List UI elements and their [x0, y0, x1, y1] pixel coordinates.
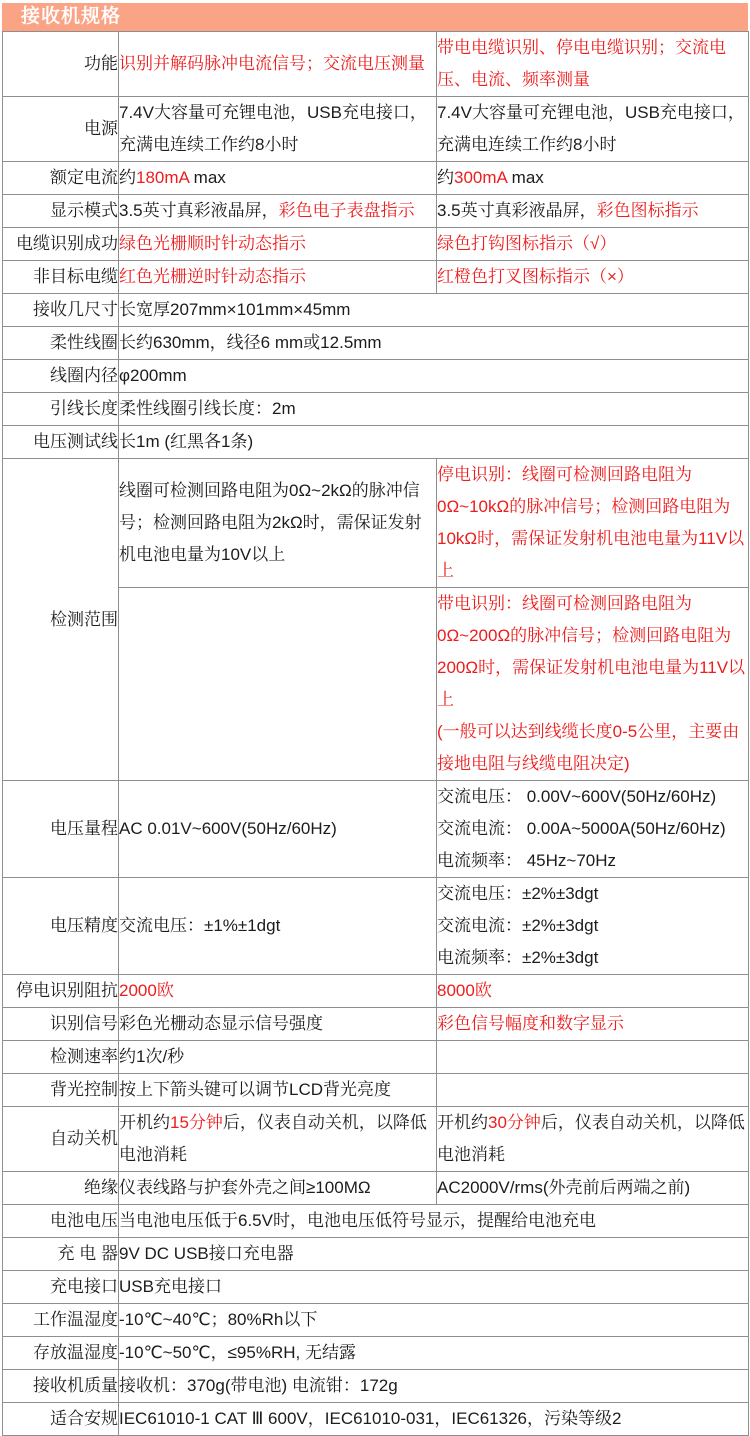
spec-value-text: 交流电压：±2%±3dgt — [437, 884, 598, 903]
spec-row: 功能识别并解码脉冲电流信号；交流电压测量带电电缆识别、停电电缆识别；交流电压、电… — [3, 32, 749, 97]
spec-value-cell: 开机约30分钟后，仪表自动关机，以降低电池消耗 — [437, 1107, 749, 1172]
spec-value-line: 长约630mm，线径6 mm或12.5mm — [119, 327, 748, 359]
spec-value-line: 长1m (红黑各1条) — [119, 426, 748, 458]
spec-value-cell: -10℃~50℃，≤95%RH, 无结露 — [119, 1337, 749, 1370]
spec-value-cell: 仪表线路与护套外壳之间≥100MΩ — [119, 1172, 437, 1205]
spec-value-text: 7.4V大容量可充锂电池，USB充电接口，充满电连续工作约8小时 — [437, 103, 745, 154]
spec-row: 显示模式3.5英寸真彩液晶屏，彩色电子表盘指示3.5英寸真彩液晶屏，彩色图标指示 — [3, 195, 749, 228]
spec-value-text: 彩色电子表盘指示 — [279, 201, 415, 220]
spec-value-text: 当电池电压低于6.5V时，电池电压低符号显示，提醒给电池充电 — [119, 1211, 596, 1230]
spec-value-line: 红橙色打叉图标指示（×） — [437, 261, 748, 293]
spec-value-cell: 识别并解码脉冲电流信号；交流电压测量 — [119, 32, 437, 97]
spec-value-text: (一般可以达到线缆长度0-5公里，主要由接地电阻与线缆电阻决定) — [437, 722, 739, 773]
spec-value-line: 9V DC USB接口充电器 — [119, 1238, 748, 1270]
spec-row: 接收几尺寸长宽厚207mm×101mm×45mm — [3, 294, 749, 327]
spec-row-label: 适合安规 — [3, 1403, 119, 1436]
spec-value-line: 当电池电压低于6.5V时，电池电压低符号显示，提醒给电池充电 — [119, 1205, 748, 1237]
spec-value-line: φ200mm — [119, 360, 748, 392]
spec-value-cell: 停电识别：线圈可检测回路电阻为0Ω~10kΩ的脉冲信号；检测回路电阻为10kΩ时… — [437, 459, 749, 588]
spec-value-line: 8000欧 — [437, 975, 748, 1007]
spec-value-line: 彩色光栅动态显示信号强度 — [119, 1008, 436, 1040]
spec-value-line: 带电电缆识别、停电电缆识别；交流电压、电流、频率测量 — [437, 32, 748, 96]
spec-value-cell: 7.4V大容量可充锂电池，USB充电接口，充满电连续工作约8小时 — [437, 97, 749, 162]
spec-value-cell: 2000欧 — [119, 975, 437, 1008]
spec-row: 识别信号彩色光栅动态显示信号强度彩色信号幅度和数字显示 — [3, 1008, 749, 1041]
spec-row-label: 非目标电缆 — [3, 261, 119, 294]
spec-value-line: 接收机：370g(带电池) 电流钳：172g — [119, 1370, 748, 1402]
spec-row-label: 引线长度 — [3, 393, 119, 426]
spec-value-cell: 开机约15分钟后，仪表自动关机，以降低电池消耗 — [119, 1107, 437, 1172]
spec-row-label: 显示模式 — [3, 195, 119, 228]
spec-value-text: 15分钟 — [170, 1113, 223, 1132]
spec-value-text: 彩色图标指示 — [597, 201, 699, 220]
spec-value-text: 长宽厚207mm×101mm×45mm — [119, 300, 350, 319]
spec-value-text: 开机约 — [119, 1113, 170, 1132]
spec-value-line: 带电识别：线圈可检测回路电阻为0Ω~200Ω的脉冲信号；检测回路电阻为200Ω时… — [437, 588, 748, 716]
spec-value-line: IEC61010-1 CAT Ⅲ 600V，IEC61010-031，IEC61… — [119, 1403, 748, 1435]
spec-value-text: 3.5英寸真彩液晶屏， — [119, 201, 279, 220]
spec-row-label: 工作温湿度 — [3, 1304, 119, 1337]
spec-row-label: 线圈内径 — [3, 360, 119, 393]
spec-value-cell: 绿色光栅顺时针动态指示 — [119, 228, 437, 261]
spec-value-text: 电流频率： 45Hz~70Hz — [437, 851, 616, 870]
spec-value-text: max — [507, 168, 544, 187]
spec-value-line: 7.4V大容量可充锂电池，USB充电接口，充满电连续工作约8小时 — [437, 97, 748, 161]
spec-row: 绝缘仪表线路与护套外壳之间≥100MΩAC2000V/rms(外壳前后两端之前) — [3, 1172, 749, 1205]
spec-row-label: 接收机质量 — [3, 1370, 119, 1403]
spec-value-text: 交流电流：±2%±3dgt — [437, 916, 598, 935]
spec-value-line: 长宽厚207mm×101mm×45mm — [119, 294, 748, 326]
spec-value-cell: 线圈可检测回路电阻为0Ω~2kΩ的脉冲信号；检测回路电阻为2kΩ时，需保证发射机… — [119, 459, 437, 588]
spec-row: 电源7.4V大容量可充锂电池，USB充电接口，充满电连续工作约8小时7.4V大容… — [3, 97, 749, 162]
spec-row: 检测范围线圈可检测回路电阻为0Ω~2kΩ的脉冲信号；检测回路电阻为2kΩ时，需保… — [3, 459, 749, 588]
spec-row: 线圈内径φ200mm — [3, 360, 749, 393]
spec-row-label: 识别信号 — [3, 1008, 119, 1041]
spec-value-text: 8000欧 — [437, 981, 492, 1000]
spec-value-text: 绿色打钩图标指示（√） — [437, 234, 616, 253]
spec-value-cell: -10℃~40℃；80%Rh以下 — [119, 1304, 749, 1337]
spec-value-text: 长约630mm，线径6 mm或12.5mm — [119, 333, 382, 352]
spec-value-text: 彩色光栅动态显示信号强度 — [119, 1014, 323, 1033]
spec-value-text: 带电识别：线圈可检测回路电阻为0Ω~200Ω的脉冲信号；检测回路电阻为200Ω时… — [437, 594, 745, 709]
spec-value-text: IEC61010-1 CAT Ⅲ 600V，IEC61010-031，IEC61… — [119, 1409, 621, 1428]
spec-value-line: 绿色光栅顺时针动态指示 — [119, 228, 436, 260]
spec-row: 背光控制按上下箭头键可以调节LCD背光亮度 — [3, 1074, 749, 1107]
spec-row-label: 柔性线圈 — [3, 327, 119, 360]
spec-row-label: 存放温湿度 — [3, 1337, 119, 1370]
spec-row: 适合安规IEC61010-1 CAT Ⅲ 600V，IEC61010-031，I… — [3, 1403, 749, 1436]
spec-value-text: 交流电压：±1%±1dgt — [119, 916, 280, 935]
spec-value-line: 交流电压： 0.00V~600V(50Hz/60Hz) — [437, 781, 748, 813]
spec-value-cell: 彩色信号幅度和数字显示 — [437, 1008, 749, 1041]
spec-value-line: 线圈可检测回路电阻为0Ω~2kΩ的脉冲信号；检测回路电阻为2kΩ时，需保证发射机… — [119, 475, 436, 571]
spec-value-line: 约180mA max — [119, 162, 436, 194]
spec-value-line: 3.5英寸真彩液晶屏，彩色电子表盘指示 — [119, 195, 436, 227]
spec-value-cell: 柔性线圈引线长度：2m — [119, 393, 749, 426]
spec-value-line: 开机约15分钟后，仪表自动关机，以降低电池消耗 — [119, 1107, 436, 1171]
spec-value-text: 长1m (红黑各1条) — [119, 432, 253, 451]
spec-row-label: 电压量程 — [3, 781, 119, 878]
spec-page: 接收机规格 功能识别并解码脉冲电流信号；交流电压测量带电电缆识别、停电电缆识别；… — [0, 0, 750, 1436]
spec-value-cell: 交流电压： 0.00V~600V(50Hz/60Hz)交流电流： 0.00A~5… — [437, 781, 749, 878]
spec-row: 电压精度交流电压：±1%±1dgt交流电压：±2%±3dgt交流电流：±2%±3… — [3, 878, 749, 975]
spec-value-text: 线圈可检测回路电阻为0Ω~2kΩ的脉冲信号；检测回路电阻为2kΩ时，需保证发射机… — [119, 481, 422, 564]
spec-value-line: 电流频率： 45Hz~70Hz — [437, 845, 748, 877]
spec-row-label: 充 电 器 — [3, 1238, 119, 1271]
spec-value-cell: 长宽厚207mm×101mm×45mm — [119, 294, 749, 327]
spec-value-line: 识别并解码脉冲电流信号；交流电压测量 — [119, 48, 436, 80]
spec-row: 电池电压当电池电压低于6.5V时，电池电压低符号显示，提醒给电池充电 — [3, 1205, 749, 1238]
spec-value-line: 开机约30分钟后，仪表自动关机，以降低电池消耗 — [437, 1107, 748, 1171]
spec-row-label: 电源 — [3, 97, 119, 162]
spec-value-cell: 按上下箭头键可以调节LCD背光亮度 — [119, 1074, 437, 1107]
spec-row: 存放温湿度-10℃~50℃，≤95%RH, 无结露 — [3, 1337, 749, 1370]
spec-value-text: 180mA — [136, 168, 189, 187]
spec-value-cell — [437, 1074, 749, 1107]
spec-value-line: 彩色信号幅度和数字显示 — [437, 1008, 748, 1040]
spec-value-line: AC2000V/rms(外壳前后两端之前) — [437, 1172, 748, 1204]
spec-row-label: 背光控制 — [3, 1074, 119, 1107]
spec-value-line: 7.4V大容量可充锂电池，USB充电接口，充满电连续工作约8小时 — [119, 97, 436, 161]
spec-value-line: 约300mA max — [437, 162, 748, 194]
spec-value-line: 交流电流：±2%±3dgt — [437, 910, 748, 942]
spec-value-text: 按上下箭头键可以调节LCD背光亮度 — [119, 1080, 391, 1099]
spec-row-label: 接收几尺寸 — [3, 294, 119, 327]
spec-value-cell: AC2000V/rms(外壳前后两端之前) — [437, 1172, 749, 1205]
spec-value-cell — [437, 1041, 749, 1074]
spec-value-cell: 约1次/秒 — [119, 1041, 437, 1074]
spec-row-label: 自动关机 — [3, 1107, 119, 1172]
spec-value-text: 约 — [119, 168, 136, 187]
spec-value-text: AC 0.01V~600V(50Hz/60Hz) — [119, 819, 337, 838]
spec-row: 停电识别阻抗2000欧8000欧 — [3, 975, 749, 1008]
spec-value-text: 开机约 — [437, 1113, 488, 1132]
spec-value-line: 红色光栅逆时针动态指示 — [119, 261, 436, 293]
spec-value-text: 2000欧 — [119, 981, 174, 1000]
spec-row-label: 停电识别阻抗 — [3, 975, 119, 1008]
spec-value-text: 交流电流： 0.00A~5000A(50Hz/60Hz) — [437, 819, 726, 838]
spec-row-label: 绝缘 — [3, 1172, 119, 1205]
spec-value-cell: 7.4V大容量可充锂电池，USB充电接口，充满电连续工作约8小时 — [119, 97, 437, 162]
spec-value-cell: 红橙色打叉图标指示（×） — [437, 261, 749, 294]
spec-value-cell: 接收机：370g(带电池) 电流钳：172g — [119, 1370, 749, 1403]
spec-value-line: 停电识别：线圈可检测回路电阻为0Ω~10kΩ的脉冲信号；检测回路电阻为10kΩ时… — [437, 459, 748, 587]
spec-value-cell: 彩色光栅动态显示信号强度 — [119, 1008, 437, 1041]
spec-value-line: -10℃~40℃；80%Rh以下 — [119, 1304, 748, 1336]
spec-value-text: 约 — [437, 168, 454, 187]
spec-value-line: 交流电流： 0.00A~5000A(50Hz/60Hz) — [437, 813, 748, 845]
spec-row: 引线长度柔性线圈引线长度：2m — [3, 393, 749, 426]
spec-value-cell: 9V DC USB接口充电器 — [119, 1238, 749, 1271]
spec-value-cell: 红色光栅逆时针动态指示 — [119, 261, 437, 294]
spec-value-text: 红橙色打叉图标指示（×） — [437, 267, 634, 286]
spec-value-text: 9V DC USB接口充电器 — [119, 1244, 294, 1263]
spec-value-line: USB充电接口 — [119, 1271, 748, 1303]
spec-value-cell: 带电电缆识别、停电电缆识别；交流电压、电流、频率测量 — [437, 32, 749, 97]
spec-row: 充 电 器9V DC USB接口充电器 — [3, 1238, 749, 1271]
spec-row: 自动关机开机约15分钟后，仪表自动关机，以降低电池消耗开机约30分钟后，仪表自动… — [3, 1107, 749, 1172]
spec-value-text: USB充电接口 — [119, 1277, 222, 1296]
spec-value-text: -10℃~40℃；80%Rh以下 — [119, 1310, 317, 1329]
spec-value-cell: 3.5英寸真彩液晶屏，彩色电子表盘指示 — [119, 195, 437, 228]
spec-value-text: 彩色信号幅度和数字显示 — [437, 1014, 624, 1033]
spec-value-line: 约1次/秒 — [119, 1041, 436, 1073]
spec-value-cell: AC 0.01V~600V(50Hz/60Hz) — [119, 781, 437, 878]
spec-row-label: 功能 — [3, 32, 119, 97]
section-title: 接收机规格 — [2, 3, 748, 31]
spec-value-line: -10℃~50℃，≤95%RH, 无结露 — [119, 1337, 748, 1369]
spec-value-text: max — [189, 168, 226, 187]
spec-value-line: 按上下箭头键可以调节LCD背光亮度 — [119, 1074, 436, 1106]
spec-value-cell: 长1m (红黑各1条) — [119, 426, 749, 459]
spec-value-line: 2000欧 — [119, 975, 436, 1007]
spec-value-line: AC 0.01V~600V(50Hz/60Hz) — [119, 813, 436, 845]
spec-table-body: 功能识别并解码脉冲电流信号；交流电压测量带电电缆识别、停电电缆识别；交流电压、电… — [3, 32, 749, 1436]
spec-value-text: 30分钟 — [488, 1113, 541, 1132]
spec-value-text: 停电识别：线圈可检测回路电阻为0Ω~10kΩ的脉冲信号；检测回路电阻为10kΩ时… — [437, 465, 744, 580]
spec-row: 接收机质量接收机：370g(带电池) 电流钳：172g — [3, 1370, 749, 1403]
spec-row-label: 电池电压 — [3, 1205, 119, 1238]
spec-row: 电压量程AC 0.01V~600V(50Hz/60Hz)交流电压： 0.00V~… — [3, 781, 749, 878]
spec-value-line: 交流电压：±1%±1dgt — [119, 910, 436, 942]
spec-value-text: 绿色光栅顺时针动态指示 — [119, 234, 306, 253]
spec-row: 额定电流约180mA max约300mA max — [3, 162, 749, 195]
spec-value-cell: IEC61010-1 CAT Ⅲ 600V，IEC61010-031，IEC61… — [119, 1403, 749, 1436]
spec-row-label: 检测范围 — [3, 459, 119, 781]
spec-value-text: 带电电缆识别、停电电缆识别；交流电压、电流、频率测量 — [437, 38, 726, 89]
spec-row: 电压测试线长1m (红黑各1条) — [3, 426, 749, 459]
spec-value-text: 识别并解码脉冲电流信号；交流电压测量 — [119, 54, 425, 73]
spec-value-line: 柔性线圈引线长度：2m — [119, 393, 748, 425]
spec-value-cell: 带电识别：线圈可检测回路电阻为0Ω~200Ω的脉冲信号；检测回路电阻为200Ω时… — [437, 588, 749, 781]
spec-value-text: 约1次/秒 — [119, 1047, 184, 1066]
spec-table: 功能识别并解码脉冲电流信号；交流电压测量带电电缆识别、停电电缆识别；交流电压、电… — [2, 31, 749, 1436]
spec-value-cell: 长约630mm，线径6 mm或12.5mm — [119, 327, 749, 360]
spec-row-label: 电压测试线 — [3, 426, 119, 459]
spec-row: 充电接口USB充电接口 — [3, 1271, 749, 1304]
spec-value-cell: 3.5英寸真彩液晶屏，彩色图标指示 — [437, 195, 749, 228]
spec-value-text: 柔性线圈引线长度：2m — [119, 399, 296, 418]
spec-row: 柔性线圈长约630mm，线径6 mm或12.5mm — [3, 327, 749, 360]
spec-value-cell: φ200mm — [119, 360, 749, 393]
spec-value-cell: 约300mA max — [437, 162, 749, 195]
spec-value-cell: 8000欧 — [437, 975, 749, 1008]
spec-row-label: 检测速率 — [3, 1041, 119, 1074]
spec-value-line: (一般可以达到线缆长度0-5公里，主要由接地电阻与线缆电阻决定) — [437, 716, 748, 780]
spec-value-cell: 当电池电压低于6.5V时，电池电压低符号显示，提醒给电池充电 — [119, 1205, 749, 1238]
spec-value-text: 红色光栅逆时针动态指示 — [119, 267, 306, 286]
spec-row-label: 电压精度 — [3, 878, 119, 975]
spec-value-text: 接收机：370g(带电池) 电流钳：172g — [119, 1376, 398, 1395]
spec-row: 非目标电缆红色光栅逆时针动态指示红橙色打叉图标指示（×） — [3, 261, 749, 294]
spec-value-text: 3.5英寸真彩液晶屏， — [437, 201, 597, 220]
spec-row: 工作温湿度-10℃~40℃；80%Rh以下 — [3, 1304, 749, 1337]
spec-value-text: 电流频率：±2%±3dgt — [437, 948, 598, 967]
spec-value-text: 仪表线路与护套外壳之间≥100MΩ — [119, 1178, 371, 1197]
spec-value-line: 3.5英寸真彩液晶屏，彩色图标指示 — [437, 195, 748, 227]
spec-value-cell: 绿色打钩图标指示（√） — [437, 228, 749, 261]
spec-row: 电缆识别成功绿色光栅顺时针动态指示绿色打钩图标指示（√） — [3, 228, 749, 261]
spec-value-line: 电流频率：±2%±3dgt — [437, 942, 748, 974]
spec-value-cell: 交流电压：±1%±1dgt — [119, 878, 437, 975]
spec-value-text: φ200mm — [119, 366, 187, 385]
spec-value-line: 交流电压：±2%±3dgt — [437, 878, 748, 910]
spec-value-cell: 约180mA max — [119, 162, 437, 195]
spec-value-text: -10℃~50℃，≤95%RH, 无结露 — [119, 1343, 356, 1362]
spec-value-line: 仪表线路与护套外壳之间≥100MΩ — [119, 1172, 436, 1204]
spec-row-label: 额定电流 — [3, 162, 119, 195]
spec-row-label: 充电接口 — [3, 1271, 119, 1304]
spec-value-cell — [119, 588, 437, 781]
spec-value-text: AC2000V/rms(外壳前后两端之前) — [437, 1178, 690, 1197]
spec-value-line: 绿色打钩图标指示（√） — [437, 228, 748, 260]
spec-value-cell: USB充电接口 — [119, 1271, 749, 1304]
spec-value-text: 交流电压： 0.00V~600V(50Hz/60Hz) — [437, 787, 716, 806]
spec-value-text: 300mA — [454, 168, 507, 187]
spec-value-cell: 交流电压：±2%±3dgt交流电流：±2%±3dgt电流频率：±2%±3dgt — [437, 878, 749, 975]
spec-row: 检测速率约1次/秒 — [3, 1041, 749, 1074]
spec-row-label: 电缆识别成功 — [3, 228, 119, 261]
spec-value-text: 7.4V大容量可充锂电池，USB充电接口，充满电连续工作约8小时 — [119, 103, 427, 154]
